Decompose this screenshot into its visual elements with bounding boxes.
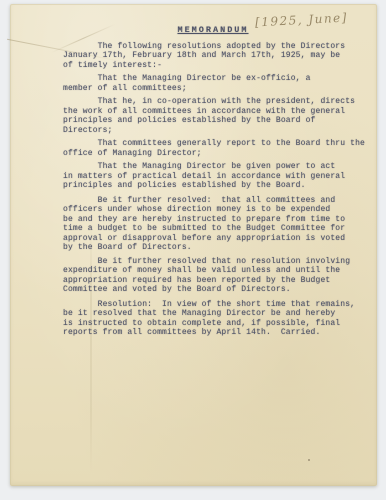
paper-speck xyxy=(308,459,310,461)
memo-paragraph: That the Managing Director be given powe… xyxy=(63,162,363,191)
scan-background: [1925, June] MEMORANDUM The following re… xyxy=(0,0,386,500)
memo-paragraph: Be it further resolved that no resolutio… xyxy=(63,257,363,295)
memo-paragraph: The following resolutions adopted by the… xyxy=(63,42,363,71)
memo-paper: [1925, June] MEMORANDUM The following re… xyxy=(10,4,377,486)
memo-paragraph: Be it further resolved: that all committ… xyxy=(63,196,363,253)
memo-title: MEMORANDUM xyxy=(63,26,363,36)
memo-paragraph: Resolution: In view of the short time th… xyxy=(63,300,363,338)
memo-paragraph: That he, in co-operation with the presid… xyxy=(63,97,363,135)
memo-paragraph: That committees generally report to the … xyxy=(63,139,363,158)
memo-paragraph: That the Managing Director be ex-officio… xyxy=(63,74,363,93)
memo-body: MEMORANDUM The following resolutions ado… xyxy=(63,26,363,342)
